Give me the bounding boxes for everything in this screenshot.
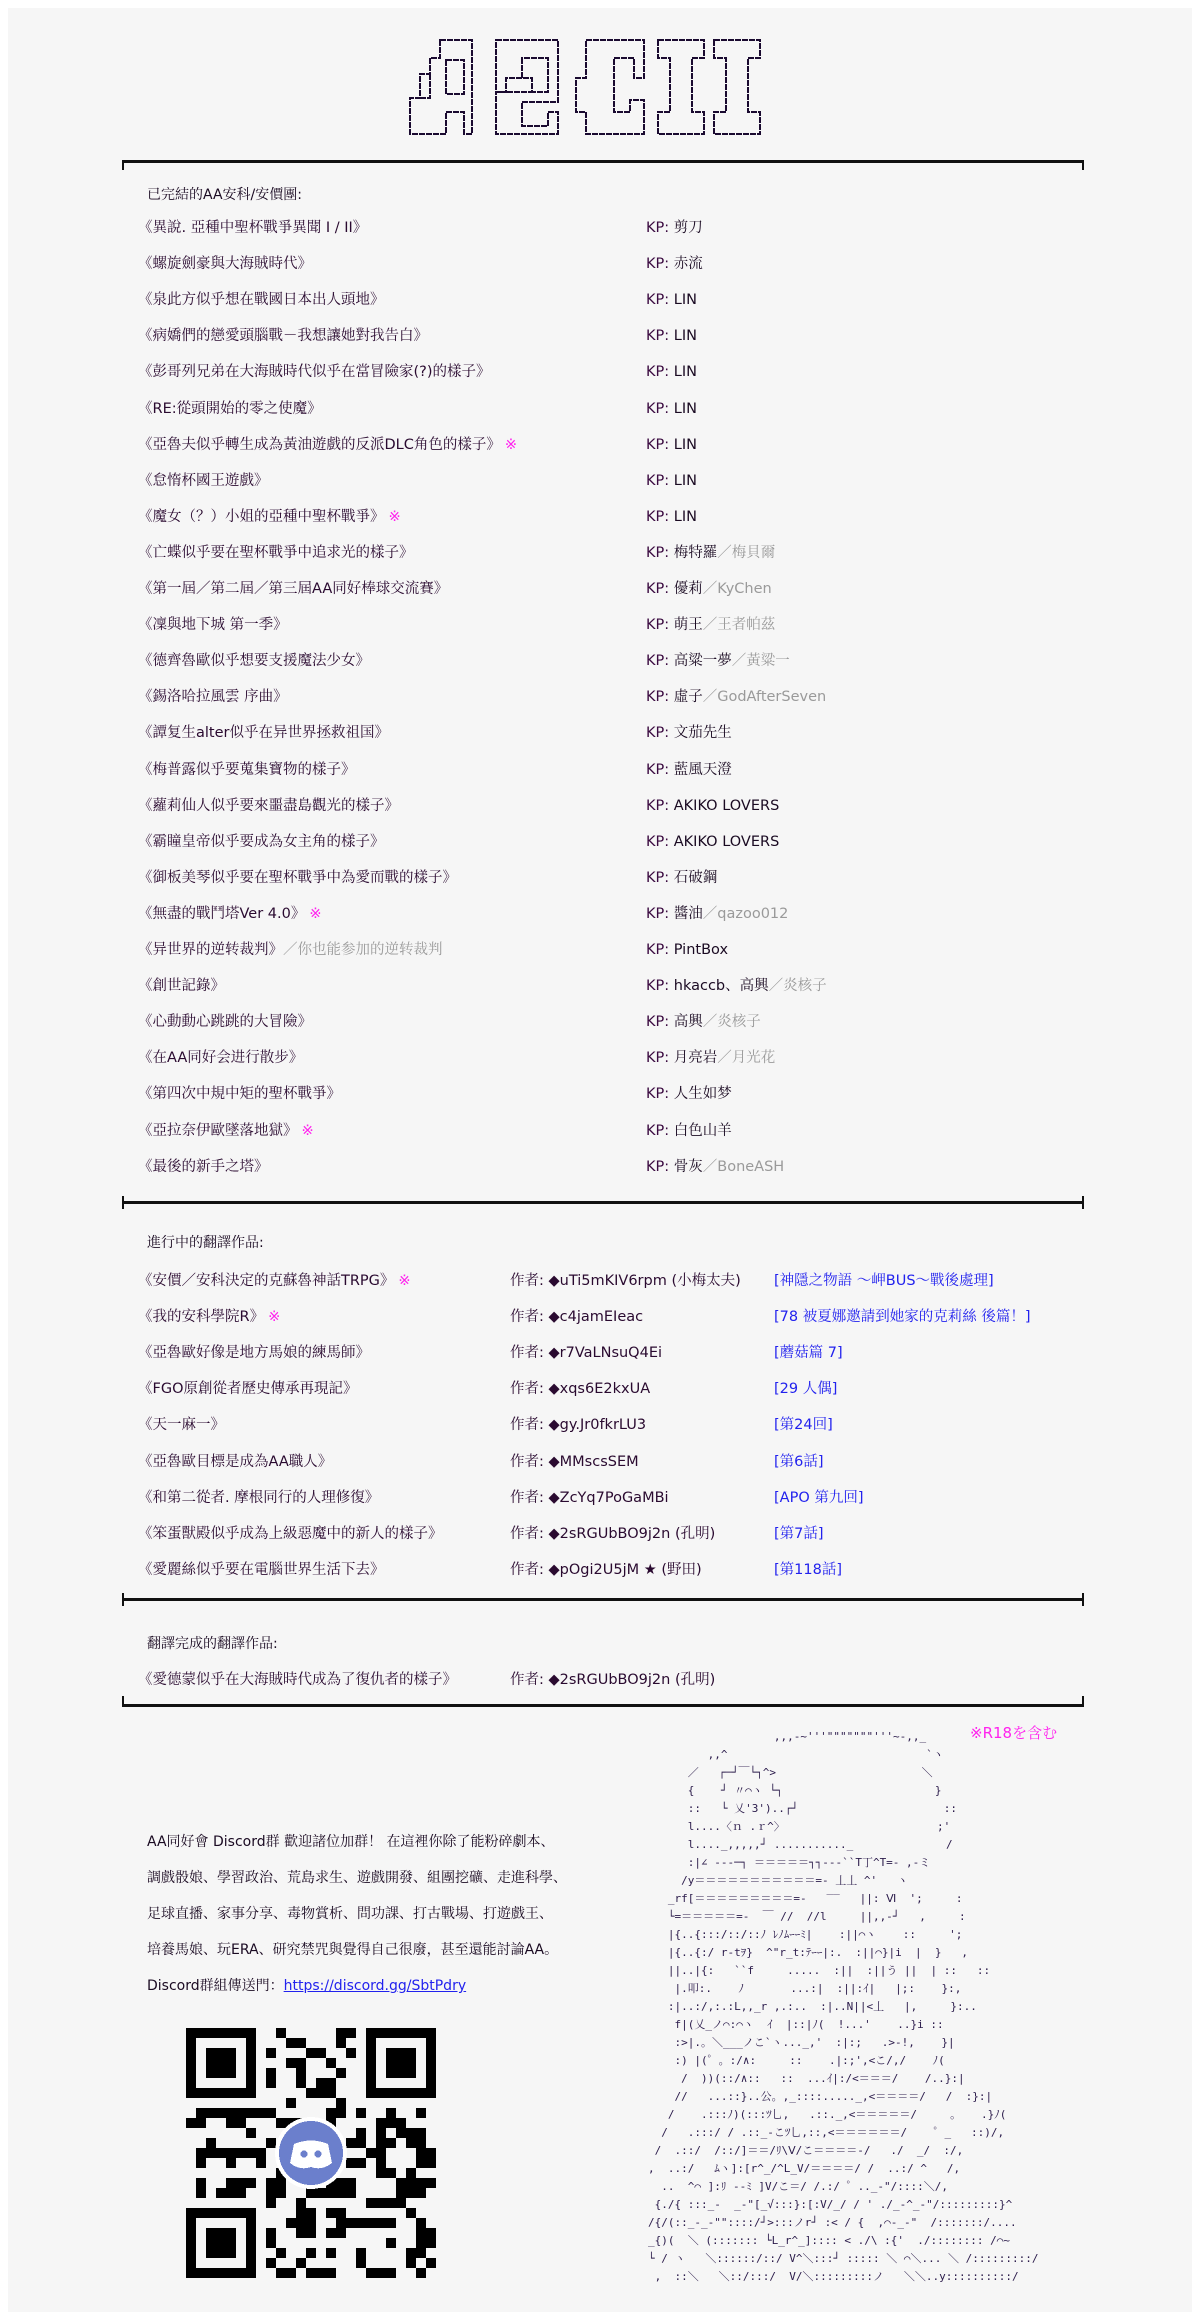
kp-credit: KP: 月亮岩／月光花 (646, 1046, 775, 1070)
author-label: 作者: (510, 1672, 544, 1688)
author-credit: 作者: ◆r7VaLNsuQ4Ei (510, 1341, 662, 1365)
work-title[interactable]: 《愛麗絲似乎要在電腦世界生活下去》 (138, 1558, 385, 1582)
author-tripcode: ◆xqs6E2kxUA (549, 1381, 651, 1397)
work-title[interactable]: 《亞拉奈伊歐墜落地獄》※ (138, 1119, 314, 1143)
work-title-text[interactable]: 《彭哥列兄弟在大海賊時代似乎在當冒險家(?)的樣子》 (138, 364, 491, 380)
work-title-text[interactable]: 《怠惰杯國王遊戲》 (138, 473, 269, 489)
kp-credit: KP: PintBox (646, 938, 728, 962)
discord-invite-link[interactable]: https://discord.gg/SbtPdry (284, 1978, 467, 1994)
kp-credit: KP: 石破鋼 (646, 866, 717, 890)
kp-alt-name: ／炎核子 (769, 978, 827, 994)
work-title[interactable]: 《霸瞳皇帝似乎要成為女主角的樣子》 (138, 830, 385, 854)
author-label: 作者: (510, 1417, 544, 1433)
author-credit: 作者: ◆xqs6E2kxUA (510, 1377, 650, 1401)
work-title-text[interactable]: 《RE:從頭開始的零之使魔》 (138, 401, 322, 417)
author-credit: 作者: ◆ZcYq7PoGaMBi (510, 1486, 669, 1510)
work-title-text[interactable]: 《天一麻一》 (138, 1417, 225, 1433)
latest-chapter-link[interactable]: [神隱之物語 ～岬BUS～戰後處理] (774, 1269, 994, 1293)
section-divider (122, 1201, 1084, 1204)
kp-credit: KP: LIN (646, 469, 697, 493)
work-title[interactable]: 《泉此方似乎想在戰國日本出人頭地》 (138, 288, 385, 312)
author-tripcode: ◆ZcYq7PoGaMBi (549, 1490, 669, 1506)
author-label: 作者: (510, 1526, 544, 1542)
discord-blurb: AA同好會 Discord群 歡迎諸位加群！ 在這裡你除了能粉碎劇本、 調戲骰娘… (147, 1824, 617, 2004)
author-credit: 作者: ◆uTi5mKIV6rpm (小梅太夫) (510, 1269, 741, 1293)
latest-chapter-link[interactable]: [78 被夏娜邀請到她家的克莉絲 後篇！] (774, 1305, 1030, 1329)
work-title[interactable]: 《病嬌們的戀愛頭腦戰－我想讓她對我告白》 (138, 324, 428, 348)
kp-name: 白色山羊 (674, 1123, 732, 1139)
work-title[interactable]: 《异世界的逆转裁判》／你也能参加的逆转裁判 (138, 938, 443, 962)
kp-credit: KP: AKIKO LOVERS (646, 830, 779, 854)
ascii-logo: ASCII (408, 38, 798, 138)
author-credit: 作者: ◆2sRGUbBO9j2n (孔明) (510, 1522, 715, 1546)
section-divider-top (122, 160, 1084, 163)
kp-name: AKIKO LOVERS (674, 834, 780, 850)
kp-alt-name: ／王者帕茲 (703, 617, 776, 633)
ongoing-heading: 進行中的翻譯作品: (147, 1232, 264, 1252)
work-title[interactable]: 《最後的新手之塔》 (138, 1155, 269, 1179)
kp-name: 文茄先生 (674, 725, 732, 741)
work-title[interactable]: 《愛德蒙似乎在大海賊時代成為了復仇者的樣子》 (138, 1668, 457, 1692)
kp-label: KP: (646, 1014, 669, 1030)
author-tripcode: ◆2sRGUbBO9j2n (孔明) (549, 1526, 716, 1542)
latest-chapter-link[interactable]: [第7話] (774, 1522, 824, 1546)
kp-credit: KP: 高粱一夢／黃粱一 (646, 649, 790, 673)
kp-alt-name: ／梅貝爾 (717, 545, 775, 561)
kp-label: KP: (646, 1050, 669, 1066)
kp-credit: KP: LIN (646, 288, 697, 312)
kp-name: PintBox (674, 942, 728, 958)
work-title-text[interactable]: 《霸瞳皇帝似乎要成為女主角的樣子》 (138, 834, 385, 850)
kp-credit: KP: AKIKO LOVERS (646, 794, 779, 818)
work-title-text[interactable]: 《亞魯夫似乎轉生成為黃油遊戲的反派DLC角色的樣子》 (138, 437, 501, 453)
work-title-text[interactable]: 《無盡的戰鬥塔Ver 4.0》 (138, 906, 305, 922)
latest-chapter-link[interactable]: [蘑菇篇 7] (774, 1341, 843, 1365)
work-title[interactable]: 《亡蝶似乎要在聖杯戰爭中追求光的樣子》 (138, 541, 414, 565)
kp-credit: KP: hkaccb、高興／炎核子 (646, 974, 827, 998)
work-title[interactable]: 《凜與地下城 第一季》 (138, 613, 288, 637)
kp-name: 藍風天澄 (674, 762, 732, 778)
work-title-text[interactable]: 《螺旋劍豪與大海賊時代》 (138, 256, 312, 272)
author-tripcode: ◆uTi5mKIV6rpm (小梅太夫) (549, 1273, 741, 1289)
work-title[interactable]: 《RE:從頭開始的零之使魔》 (138, 397, 322, 421)
author-tripcode: ◆c4jamEIeac (549, 1309, 644, 1325)
work-title[interactable]: 《笨蛋獸殿似乎成為上級惡魔中的新人的樣子》 (138, 1522, 443, 1546)
work-title-text[interactable]: 《創世記錄》 (138, 978, 225, 994)
kp-label: KP: (646, 437, 669, 453)
kp-label: KP: (646, 942, 669, 958)
latest-chapter-link[interactable]: [第24回] (774, 1413, 833, 1437)
work-title[interactable]: 《梅普露似乎要蒐集寶物的樣子》 (138, 758, 356, 782)
kp-name: 高粱一夢 (674, 653, 732, 669)
kp-label: KP: (646, 653, 669, 669)
work-title-text[interactable]: 《梅普露似乎要蒐集寶物的樣子》 (138, 762, 356, 778)
discord-link-row: Discord群組傳送門：https://discord.gg/SbtPdry (147, 1968, 617, 2004)
kp-label: KP: (646, 220, 669, 236)
author-tripcode: ◆gy.Jr0fkrLU3 (549, 1417, 647, 1433)
author-credit: 作者: ◆pOgi2U5jM ★ (野田) (510, 1558, 702, 1582)
work-title[interactable]: 《螺旋劍豪與大海賊時代》 (138, 252, 312, 276)
work-title[interactable]: 《創世記錄》 (138, 974, 225, 998)
work-title[interactable]: 《我的安科學院R》※ (138, 1305, 280, 1329)
kp-label: KP: (646, 509, 669, 525)
kp-alt-name: ／BoneASH (703, 1159, 784, 1175)
ascii-art-character: ,,,-~'''"""""""'''~-,,_ ,,^ `ヽ ／ ┌─┘￣└┐^… (648, 1728, 1108, 2303)
work-title-text[interactable]: 《蘿莉仙人似乎要來噩盡島觀光的樣子》 (138, 798, 399, 814)
kp-label: KP: (646, 689, 669, 705)
work-title-text[interactable]: 《第一屆／第二屆／第三屆AA同好棒球交流賽》 (138, 581, 448, 597)
kp-label: KP: (646, 762, 669, 778)
kp-label: KP: (646, 1159, 669, 1175)
kp-name: LIN (674, 364, 697, 380)
author-label: 作者: (510, 1381, 544, 1397)
kp-credit: KP: LIN (646, 433, 697, 457)
work-title[interactable]: 《安價／安科決定的克蘇魯神話TRPG》※ (138, 1269, 411, 1293)
kp-credit: KP: LIN (646, 324, 697, 348)
kp-label: KP: (646, 1086, 669, 1102)
work-title-text[interactable]: 《亞魯歐目標是成為AA職人》 (138, 1454, 332, 1470)
kp-label: KP: (646, 834, 669, 850)
work-title-text[interactable]: 《御板美琴似乎要在聖杯戰爭中為愛而戰的樣子》 (138, 870, 457, 886)
work-title[interactable]: 《亞魯夫似乎轉生成為黃油遊戲的反派DLC角色的樣子》※ (138, 433, 517, 457)
kp-credit: KP: 文茄先生 (646, 721, 732, 745)
work-title[interactable]: 《FGO原創從者歷史傳承再現記》 (138, 1377, 358, 1401)
work-title[interactable]: 《第四次中規中矩的聖杯戰爭》 (138, 1082, 341, 1106)
qr-code-image (186, 2028, 436, 2278)
work-title-alt: ／你也能参加的逆转裁判 (283, 942, 443, 958)
kp-name: 萌王 (674, 617, 703, 633)
author-label: 作者: (510, 1273, 544, 1289)
kp-credit: KP: 人生如梦 (646, 1082, 732, 1106)
latest-chapter-link[interactable]: [29 人偶] (774, 1377, 837, 1401)
work-title-text[interactable]: 《和第二從者. 摩根同行的人理修復》 (138, 1490, 379, 1506)
author-tripcode: ◆r7VaLNsuQ4Ei (549, 1345, 663, 1361)
author-label: 作者: (510, 1345, 544, 1361)
kp-name: 高興 (674, 1014, 703, 1030)
kp-alt-name: ／GodAfterSeven (703, 689, 826, 705)
latest-chapter-link[interactable]: [第6話] (774, 1450, 824, 1474)
work-title-text[interactable]: 《凜與地下城 第一季》 (138, 617, 288, 633)
r18-mark-icon: ※ (398, 1273, 410, 1289)
kp-credit: KP: 赤流 (646, 252, 703, 276)
completed-heading: 已完結的AA安科/安價團: (147, 184, 302, 204)
kp-name: 醬油 (674, 906, 703, 922)
kp-credit: KP: 虛子／GodAfterSeven (646, 685, 826, 709)
kp-credit: KP: 藍風天澄 (646, 758, 732, 782)
work-title-text[interactable]: 《笨蛋獸殿似乎成為上級惡魔中的新人的樣子》 (138, 1526, 443, 1542)
kp-credit: KP: 優莉／KyChen (646, 577, 772, 601)
kp-name: 赤流 (674, 256, 703, 272)
work-title-text[interactable]: 《心動動心跳跳的大冒險》 (138, 1014, 312, 1030)
author-label: 作者: (510, 1562, 544, 1578)
author-credit: 作者: ◆c4jamEIeac (510, 1305, 643, 1329)
r18-mark-icon: ※ (268, 1309, 280, 1325)
page: ASCII 已完結的AA安科/安價團: 《異說. 亞種中聖杯戰爭異聞 I / I… (8, 8, 1192, 2312)
kp-name: LIN (674, 292, 697, 308)
work-title-text[interactable]: 《安價／安科決定的克蘇魯神話TRPG》 (138, 1273, 394, 1289)
work-title-text[interactable]: 《FGO原創從者歷史傳承再現記》 (138, 1381, 358, 1397)
kp-label: KP: (646, 725, 669, 741)
kp-credit: KP: 梅特羅／梅貝爾 (646, 541, 775, 565)
discord-link-label: Discord群組傳送門： (147, 1978, 284, 1994)
work-title-text[interactable]: 《異說. 亞種中聖杯戰爭異聞 I / II》 (138, 220, 367, 236)
kp-alt-name: ／月光花 (717, 1050, 775, 1066)
work-title[interactable]: 《魔女（？）小姐的亞種中聖杯戰爭》※ (138, 505, 401, 529)
r18-mark-icon: ※ (309, 906, 321, 922)
kp-label: KP: (646, 798, 669, 814)
kp-label: KP: (646, 906, 669, 922)
work-title[interactable]: 《德齊魯歐似乎想要支援魔法少女》 (138, 649, 370, 673)
kp-label: KP: (646, 545, 669, 561)
kp-credit: KP: 高興／炎核子 (646, 1010, 761, 1034)
author-credit: 作者: ◆gy.Jr0fkrLU3 (510, 1413, 646, 1437)
author-label: 作者: (510, 1454, 544, 1470)
discord-line: 培養馬娘、玩ERA、研究禁咒與覺得自己很廢，甚至還能討論AA。 (147, 1932, 617, 1968)
kp-alt-name: ／黃粱一 (732, 653, 790, 669)
work-title[interactable]: 《蘿莉仙人似乎要來噩盡島觀光的樣子》 (138, 794, 399, 818)
work-title-text[interactable]: 《我的安科學院R》 (138, 1309, 264, 1325)
finished-heading: 翻譯完成的翻譯作品: (147, 1633, 278, 1653)
kp-name: LIN (674, 509, 697, 525)
work-title[interactable]: 《譚复生alter似乎在异世界拯救祖国》 (138, 721, 389, 745)
kp-label: KP: (646, 1123, 669, 1139)
r18-mark-icon: ※ (302, 1123, 314, 1139)
kp-label: KP: (646, 401, 669, 417)
kp-credit: KP: LIN (646, 397, 697, 421)
kp-name: 優莉 (674, 581, 703, 597)
work-title-text[interactable]: 《病嬌們的戀愛頭腦戰－我想讓她對我告白》 (138, 328, 428, 344)
kp-name: LIN (674, 473, 697, 489)
author-tripcode: ◆MMscsSEM (549, 1454, 639, 1470)
kp-credit: KP: 骨灰／BoneASH (646, 1155, 784, 1179)
kp-alt-name: ／KyChen (703, 581, 772, 597)
work-title[interactable]: 《心動動心跳跳的大冒險》 (138, 1010, 312, 1034)
kp-name: LIN (674, 401, 697, 417)
work-title-text[interactable]: 《譚复生alter似乎在异世界拯救祖国》 (138, 725, 389, 741)
work-title-text[interactable]: 《亡蝶似乎要在聖杯戰爭中追求光的樣子》 (138, 545, 414, 561)
kp-credit: KP: 萌王／王者帕茲 (646, 613, 775, 637)
work-title[interactable]: 《錫洛哈拉風雲 序曲》 (138, 685, 288, 709)
kp-name: 月亮岩 (674, 1050, 718, 1066)
section-divider (122, 1598, 1084, 1601)
discord-line: 調戲骰娘、學習政治、荒島求生、遊戲開發、組團挖礦、走進科學、 (147, 1860, 617, 1896)
author-label: 作者: (510, 1309, 544, 1325)
discord-line: 足球直播、家事分享、毒物賞析、問功課、打古戰場、打遊戲王、 (147, 1896, 617, 1932)
kp-label: KP: (646, 581, 669, 597)
work-title-text[interactable]: 《亞拉奈伊歐墜落地獄》 (138, 1123, 298, 1139)
r18-mark-icon: ※ (505, 437, 517, 453)
work-title[interactable]: 《和第二從者. 摩根同行的人理修復》 (138, 1486, 379, 1510)
kp-alt-name: ／qazoo012 (703, 906, 789, 922)
discord-qr-code (186, 2028, 436, 2278)
work-title[interactable]: 《怠惰杯國王遊戲》 (138, 469, 269, 493)
work-title-text[interactable]: 《亞魯歐好像是地方馬娘的練馬師》 (138, 1345, 370, 1361)
author-tripcode: ◆pOgi2U5jM ★ (野田) (549, 1562, 702, 1578)
work-title[interactable]: 《異說. 亞種中聖杯戰爭異聞 I / II》 (138, 216, 367, 240)
kp-name: 梅特羅 (674, 545, 718, 561)
work-title-text[interactable]: 《錫洛哈拉風雲 序曲》 (138, 689, 288, 705)
kp-credit: KP: 剪刀 (646, 216, 703, 240)
work-title[interactable]: 《天一麻一》 (138, 1413, 225, 1437)
kp-name: 人生如梦 (674, 1086, 732, 1102)
kp-alt-name: ／炎核子 (703, 1014, 761, 1030)
work-title[interactable]: 《彭哥列兄弟在大海賊時代似乎在當冒險家(?)的樣子》 (138, 360, 491, 384)
discord-line: AA同好會 Discord群 歡迎諸位加群！ 在這裡你除了能粉碎劇本、 (147, 1824, 617, 1860)
work-title-text[interactable]: 《泉此方似乎想在戰國日本出人頭地》 (138, 292, 385, 308)
kp-name: hkaccb、高興 (674, 978, 769, 994)
work-title-text[interactable]: 《第四次中規中矩的聖杯戰爭》 (138, 1086, 341, 1102)
kp-name: 骨灰 (674, 1159, 703, 1175)
work-title-text[interactable]: 《最後的新手之塔》 (138, 1159, 269, 1175)
work-title-text[interactable]: 《在AA同好会进行散步》 (138, 1050, 303, 1066)
kp-name: LIN (674, 328, 697, 344)
author-label: 作者: (510, 1490, 544, 1506)
kp-credit: KP: LIN (646, 505, 697, 529)
kp-credit: KP: LIN (646, 360, 697, 384)
kp-label: KP: (646, 328, 669, 344)
kp-label: KP: (646, 978, 669, 994)
kp-name: AKIKO LOVERS (674, 798, 780, 814)
r18-mark-icon: ※ (389, 509, 401, 525)
work-title[interactable]: 《亞魯歐目標是成為AA職人》 (138, 1450, 332, 1474)
work-title-text[interactable]: 《异世界的逆转裁判》 (138, 942, 283, 958)
work-title[interactable]: 《御板美琴似乎要在聖杯戰爭中為愛而戰的樣子》 (138, 866, 457, 890)
author-tripcode: ◆2sRGUbBO9j2n (孔明) (549, 1672, 716, 1688)
kp-name: 剪刀 (674, 220, 703, 236)
author-credit: 作者: ◆2sRGUbBO9j2n (孔明) (510, 1668, 715, 1692)
kp-name: 虛子 (674, 689, 703, 705)
kp-label: KP: (646, 256, 669, 272)
kp-credit: KP: 白色山羊 (646, 1119, 732, 1143)
work-title-text[interactable]: 《魔女（？）小姐的亞種中聖杯戰爭》 (138, 509, 385, 525)
work-title[interactable]: 《在AA同好会进行散步》 (138, 1046, 303, 1070)
kp-name: 石破鋼 (674, 870, 718, 886)
author-credit: 作者: ◆MMscsSEM (510, 1450, 639, 1474)
work-title-text[interactable]: 《愛麗絲似乎要在電腦世界生活下去》 (138, 1562, 385, 1578)
work-title[interactable]: 《第一屆／第二屆／第三屆AA同好棒球交流賽》 (138, 577, 448, 601)
work-title-text[interactable]: 《德齊魯歐似乎想要支援魔法少女》 (138, 653, 370, 669)
kp-label: KP: (646, 364, 669, 380)
latest-chapter-link[interactable]: [第118話] (774, 1558, 842, 1582)
work-title[interactable]: 《亞魯歐好像是地方馬娘的練馬師》 (138, 1341, 370, 1365)
latest-chapter-link[interactable]: [APO 第九回] (774, 1486, 864, 1510)
work-title[interactable]: 《無盡的戰鬥塔Ver 4.0》※ (138, 902, 322, 926)
section-divider-bottom (122, 1704, 1084, 1707)
kp-label: KP: (646, 617, 669, 633)
kp-label: KP: (646, 292, 669, 308)
kp-name: LIN (674, 437, 697, 453)
kp-label: KP: (646, 473, 669, 489)
kp-credit: KP: 醬油／qazoo012 (646, 902, 788, 926)
kp-label: KP: (646, 870, 669, 886)
